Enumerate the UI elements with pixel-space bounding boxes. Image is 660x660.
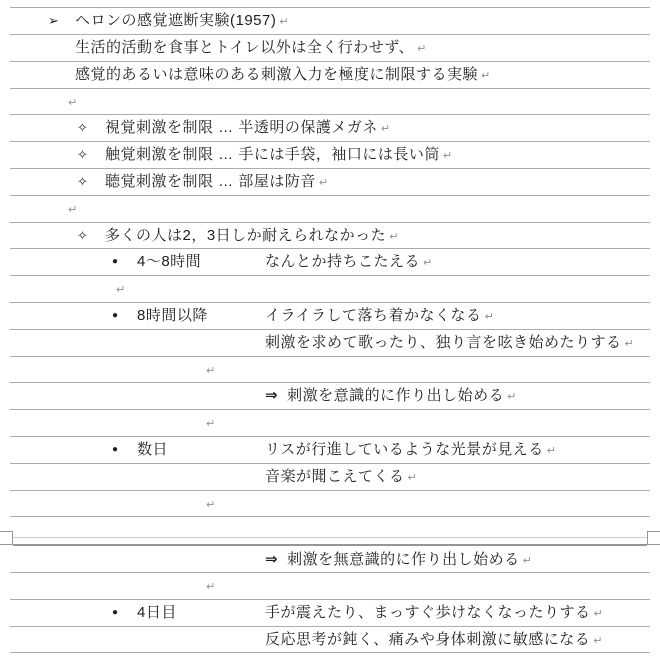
diamond-bullet-icon: ✧: [77, 168, 88, 195]
paragraph-mark-icon: ↵: [206, 417, 215, 430]
timeline-item-row: ● 4～8時間 なんとか持ちこたえる↵: [0, 248, 660, 275]
paragraph-mark-icon: ↵: [68, 96, 77, 109]
paragraph-mark-icon: ↵: [389, 230, 398, 243]
paragraph-mark-icon: ↵: [625, 337, 634, 350]
timeline-item-row: ● 8時間以降 イライラして落ち着かなくなる↵: [0, 302, 660, 329]
body-text[interactable]: 感覚的あるいは意味のある刺激入力を極度に制限する実験: [75, 66, 478, 83]
finding-row: ✧ 多くの人は2，3日しか耐えられなかった↵: [0, 222, 660, 249]
document-page: ➢ ヘロンの感覚遮断実験(1957)↵ 生活的活動を食事とトイレ以外は全く行わせ…: [0, 0, 660, 660]
paragraph-mark-icon: ↵: [206, 498, 215, 511]
circle-bullet-icon: ●: [112, 599, 118, 626]
paragraph-mark-icon: ↵: [594, 607, 603, 620]
time-label[interactable]: 8時間以降: [137, 307, 208, 324]
arrowhead-bullet-icon: ➢: [48, 7, 59, 34]
observation-text[interactable]: 音楽が聞こえてくる: [265, 468, 405, 485]
body-text[interactable]: 生活的活動を食事とトイレ以外は全く行わせず、: [75, 39, 414, 56]
title-row: ➢ ヘロンの感覚遮断実験(1957)↵: [0, 7, 660, 34]
restriction-text[interactable]: 視覚刺激を制限 … 半透明の保護メガネ: [105, 119, 378, 136]
conclusion-row: ⇒刺激を意識的に作り出し始める↵: [0, 382, 660, 409]
empty-paragraph-row: ↵: [0, 409, 660, 436]
paragraph-mark-icon: ↵: [423, 256, 432, 269]
observation-text[interactable]: 反応思考が鈍く、痛みや身体刺激に敏感になる: [265, 631, 590, 648]
observation-text[interactable]: リスが行進しているような光景が見える: [265, 441, 544, 458]
double-arrow-icon: ⇒: [265, 387, 278, 404]
paragraph-mark-icon: ↵: [116, 283, 125, 296]
paragraph-mark-icon: ↵: [523, 554, 532, 567]
paragraph-mark-icon: ↵: [485, 310, 494, 323]
observation-text[interactable]: 手が震えたり、まっすぐ歩けなくなったりする: [265, 604, 591, 621]
circle-bullet-icon: ●: [112, 436, 118, 463]
paragraph-mark-icon: ↵: [547, 444, 556, 457]
body-row: 生活的活動を食事とトイレ以外は全く行わせず、↵: [0, 34, 660, 61]
restriction-item-row: ✧ 触覚刺激を制限 … 手には手袋，袖口には長い筒↵: [0, 141, 660, 168]
paragraph-mark-icon: ↵: [593, 634, 602, 647]
diamond-bullet-icon: ✧: [77, 141, 88, 168]
paragraph-mark-icon: ↵: [507, 390, 516, 403]
paragraph-mark-icon: ↵: [481, 69, 490, 82]
observation-continuation-row: 反応思考が鈍く、痛みや身体刺激に敏感になる↵: [0, 626, 660, 653]
restriction-text[interactable]: 聴覚刺激を制限 … 部屋は防音: [105, 173, 316, 190]
empty-paragraph-row: ↵: [0, 88, 660, 115]
circle-bullet-icon: ●: [112, 302, 118, 329]
observation-continuation-row: 刺激を求めて歌ったり、独り言を呟き始めたりする↵: [0, 329, 660, 356]
paragraph-mark-icon: ↵: [417, 42, 426, 55]
empty-paragraph-row: ↵: [0, 572, 660, 599]
paragraph-mark-icon: ↵: [381, 122, 390, 135]
empty-paragraph-row: ↵: [0, 275, 660, 302]
page-margin-corner-left: [0, 531, 13, 545]
paragraph-mark-icon: ↵: [206, 580, 215, 593]
observation-continuation-row: 音楽が聞こえてくる↵: [0, 463, 660, 490]
restriction-text[interactable]: 触覚刺激を制限 … 手には手袋，袖口には長い筒: [105, 146, 440, 163]
double-arrow-icon: ⇒: [265, 551, 278, 568]
conclusion-text[interactable]: 刺激を無意識的に作り出し始める: [287, 551, 520, 568]
page-boundary-line: [13, 537, 647, 538]
paragraph-mark-icon: ↵: [206, 364, 215, 377]
diamond-bullet-icon: ✧: [77, 114, 88, 141]
title-text[interactable]: ヘロンの感覚遮断実験(1957): [75, 12, 276, 29]
conclusion-row: ⇒刺激を無意識的に作り出し始める↵: [0, 546, 660, 573]
body-row: 感覚的あるいは意味のある刺激入力を極度に制限する実験↵: [0, 61, 660, 88]
conclusion-text[interactable]: 刺激を意識的に作り出し始める: [287, 387, 504, 404]
finding-text[interactable]: 多くの人は2，3日しか耐えられなかった: [105, 227, 386, 244]
empty-paragraph-row: ↵: [0, 195, 660, 222]
paragraph-mark-icon: ↵: [279, 15, 288, 28]
timeline-item-row: ● 4日目 手が震えたり、まっすぐ歩けなくなったりする↵: [0, 599, 660, 626]
paragraph-mark-icon: ↵: [408, 471, 417, 484]
time-label[interactable]: 数日: [137, 441, 168, 458]
circle-bullet-icon: ●: [112, 248, 118, 275]
empty-paragraph-row: ↵: [0, 490, 660, 517]
diamond-bullet-icon: ✧: [77, 222, 88, 249]
time-label[interactable]: 4～8時間: [137, 253, 201, 270]
restriction-item-row: ✧ 聴覚刺激を制限 … 部屋は防音↵: [0, 168, 660, 195]
paragraph-mark-icon: ↵: [319, 176, 328, 189]
paragraph-mark-icon: ↵: [68, 203, 77, 216]
time-label[interactable]: 4日目: [137, 604, 177, 621]
observation-text[interactable]: なんとか持ちこたえる: [265, 253, 420, 270]
restriction-item-row: ✧ 視覚刺激を制限 … 半透明の保護メガネ↵: [0, 114, 660, 141]
empty-paragraph-row: ↵: [0, 356, 660, 383]
paragraph-mark-icon: ↵: [443, 149, 452, 162]
observation-text[interactable]: 刺激を求めて歌ったり、独り言を呟き始めたりする: [265, 334, 622, 351]
observation-text[interactable]: イライラして落ち着かなくなる: [265, 307, 482, 324]
page-margin-corner-right: [647, 531, 660, 545]
timeline-item-row: ● 数日 リスが行進しているような光景が見える↵: [0, 436, 660, 463]
